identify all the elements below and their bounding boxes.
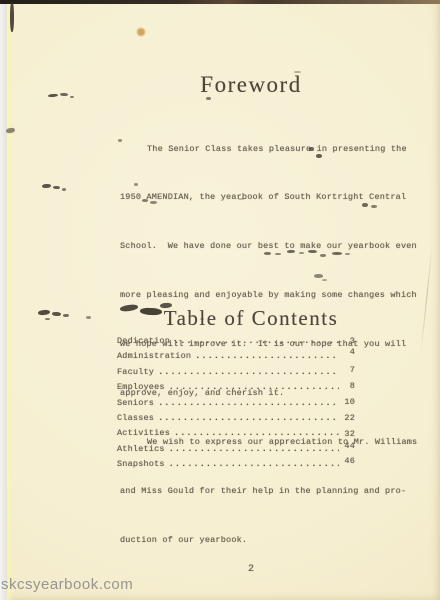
scanner-edge-top xyxy=(0,0,440,4)
ink-smudge xyxy=(60,93,68,96)
toc-entry-label: Administration xyxy=(117,351,191,361)
dot-leader: ........................................… xyxy=(169,459,339,469)
dot-leader: ........................................… xyxy=(158,413,339,423)
foreword-line: more pleasing and enjoyable by making so… xyxy=(120,287,420,303)
toc-row: Faculty ................................… xyxy=(117,367,355,382)
scanned-yearbook-page: { "foreword": { "title": "Foreword", "li… xyxy=(0,0,440,600)
toc-entry-label: Athletics xyxy=(117,444,165,454)
toc-entry-page-number: 8 xyxy=(342,381,355,391)
dot-leader: ........................................… xyxy=(174,428,339,438)
table-of-contents: Dedication .............................… xyxy=(117,336,355,475)
toc-entry-page-number: 7 xyxy=(342,365,355,375)
paper-page: Foreword The Senior Class takes pleasure… xyxy=(7,0,440,600)
ink-smudge xyxy=(142,199,148,202)
ink-smudge xyxy=(53,186,60,189)
toc-entry-label: Snapshots xyxy=(117,459,165,469)
ink-smudge xyxy=(294,71,301,73)
ink-smudge xyxy=(320,254,326,257)
ink-smudge xyxy=(316,154,322,158)
foreword-title: Foreword xyxy=(55,72,440,98)
toc-entry-page-number: 3 xyxy=(342,336,355,346)
ink-smudge xyxy=(322,279,327,281)
ink-smudge xyxy=(86,316,91,319)
dot-leader: ........................................… xyxy=(158,367,339,377)
toc-row: Seniors ................................… xyxy=(117,398,355,413)
dot-leader: ........................................… xyxy=(169,382,339,392)
ink-smudge xyxy=(52,312,61,317)
table-of-contents-title: Table of Contents xyxy=(55,306,440,331)
dot-leader: ........................................… xyxy=(158,398,339,408)
ink-smudge xyxy=(45,318,50,320)
ink-smudge xyxy=(238,198,244,200)
ink-smudge xyxy=(371,205,377,208)
ink-smudge xyxy=(345,253,350,255)
ink-smudge xyxy=(70,96,74,98)
toc-entry-label: Classes xyxy=(117,413,154,423)
ink-smudge xyxy=(308,250,317,253)
rust-spot xyxy=(137,28,145,36)
ink-smudge xyxy=(275,253,281,255)
toc-row: Administration .........................… xyxy=(117,351,355,366)
toc-entry-page-number: 22 xyxy=(342,413,355,423)
toc-entry-page-number: 32 xyxy=(342,429,355,439)
toc-entry-page-number: 4 xyxy=(342,347,355,357)
watermark: skcsyearbook.com xyxy=(1,576,133,593)
dot-leader: ........................................… xyxy=(174,336,339,346)
ink-smudge xyxy=(200,318,204,320)
dot-leader: ........................................… xyxy=(169,444,339,454)
foreword-line: 1950 AMENDIAN, the yearbook of South Kor… xyxy=(120,189,420,205)
ink-smudge xyxy=(309,147,314,151)
ink-smudge xyxy=(134,183,138,186)
toc-entry-page-number: 10 xyxy=(342,397,355,407)
toc-entry-label: Dedication xyxy=(117,336,170,346)
ink-smudge xyxy=(362,203,368,207)
ink-smudge xyxy=(63,314,69,317)
toc-entry-label: Activities xyxy=(117,428,170,438)
foreword-line: duction of our yearbook. xyxy=(120,532,420,548)
ink-smudge xyxy=(332,252,342,255)
toc-entry-label: Employees xyxy=(117,382,165,392)
toc-row: Activities .............................… xyxy=(117,428,355,443)
folio-page-number: 2 xyxy=(55,564,440,575)
toc-row: Snapshots ..............................… xyxy=(117,459,355,474)
ink-smudge xyxy=(314,274,323,278)
ink-smudge xyxy=(10,2,14,32)
dot-leader: ........................................… xyxy=(195,351,339,361)
ink-smudge xyxy=(264,252,271,255)
paper-crease xyxy=(420,245,432,355)
toc-entry-label: Seniors xyxy=(117,398,154,408)
toc-row: Dedication .............................… xyxy=(117,336,355,351)
ink-smudge xyxy=(150,201,157,204)
ink-smudge xyxy=(299,252,304,254)
toc-entry-page-number: 44 xyxy=(342,441,355,451)
toc-entry-page-number: 46 xyxy=(342,456,355,466)
toc-row: Classes ................................… xyxy=(117,413,355,428)
foreword-line: and Miss Gould for their help in the pla… xyxy=(120,483,420,499)
toc-row: Athletics ..............................… xyxy=(117,444,355,459)
foreword-line: The Senior Class takes pleasure in prese… xyxy=(120,141,420,157)
toc-row: Employees ..............................… xyxy=(117,382,355,397)
ink-smudge xyxy=(206,97,211,100)
toc-entry-label: Faculty xyxy=(117,367,154,377)
ink-smudge xyxy=(62,188,66,191)
ink-smudge xyxy=(118,139,122,142)
